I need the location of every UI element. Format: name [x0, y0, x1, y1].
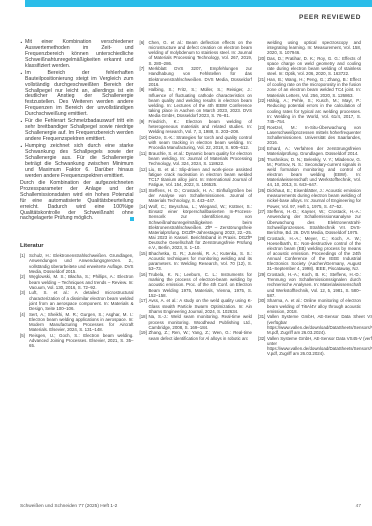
reference-item: [4] Sert, A.; Sheikhi, M. R.; Gurgen, S.… [20, 312, 134, 333]
reference-item: [6] Chen, G. et al.: Beam deflection eff… [140, 40, 253, 66]
conclusion-bullet: Mit einer Kombination verschiedener Ausw… [20, 40, 134, 69]
reference-item: [31] Vallen Systeme GmbH, AE-Sensor Data… [258, 314, 361, 335]
reference-text: Avss, A. et al.: A study on the weld qua… [149, 298, 253, 313]
reference-number: [23] [258, 125, 267, 146]
reference-number: [10] [140, 135, 149, 150]
reference-text: Liu, B. et al.: Slip-driven and work-pie… [149, 167, 253, 188]
header-accent-bar [25, 0, 372, 7]
column-conclusions: Mit einer Kombination verschiedener Ausw… [20, 40, 134, 357]
reference-item: [22] Hälsig, A.; Pehle, S.; Kusch, M.; M… [258, 98, 361, 124]
column-references-right: welding using optical spectroscopy and i… [258, 40, 361, 357]
reference-text: Węglowski, M. S.; Błacha, S.; Phillips, … [29, 274, 134, 289]
reference-text: Erhard, A.: Verfahren der zerstörungsfre… [267, 146, 361, 156]
reference-item: [1] Schulz, H.: Elektronenstrahlschweiße… [20, 253, 134, 274]
reference-number: [9] [140, 119, 149, 134]
reference-number: [22] [258, 98, 267, 124]
reference-text: Steffens, H.-D.; Kayser, W.; Crostack, H… [267, 209, 361, 235]
reference-text: Sharma, A. et al.: Online monitoring of … [267, 298, 361, 313]
reference-text: Dickhaut, E.; Eisenblätter, J.: Acoustic… [267, 188, 361, 209]
reference-item: [8] Halbing, S.; Fritz, S.; Müller, S.; … [140, 87, 253, 118]
reference-text: Zhang, Z.; Ren, W.; Yang, Z.; Wen, G.: R… [149, 330, 253, 340]
reference-text: Crostack, H.-A.; Meyer, C.; Koch, A. W.;… [267, 236, 361, 272]
reference-text: Reisgen, U.; Goch, S.: Electron beam wel… [29, 333, 134, 348]
reference-text: Chen, G. et al.: Beam deflection effects… [149, 40, 253, 66]
reference-number: [13] [140, 188, 149, 203]
reference-item: [32] Vallen Systeme GmbH, AE-Sensor Data… [258, 336, 361, 357]
reference-number: [28] [258, 236, 267, 272]
reference-text: Steffens, H. D.; Crostack, H. A.: Einflu… [149, 188, 253, 203]
reference-text: Dietze, S.-K.: Strategies for torch and … [149, 135, 253, 150]
references-column-2: [6] Chen, G. et al.: Beam deflection eff… [140, 40, 253, 341]
reference-text: Hälsig, A.; Pehle, S.; Kusch, M.; Mayr, … [267, 98, 361, 124]
conclusions-list: Mit einer Kombination verschiedener Ausw… [20, 40, 134, 180]
journal-citation: Schweißen und Schneiden 77 (2025) Heft 1… [20, 504, 117, 509]
reference-item: [24] Erhard, A.: Verfahren der zerstörun… [258, 146, 361, 156]
reference-number: [21] [258, 77, 267, 98]
reference-item: [9] Friedrich, K.: Electron beam welding… [140, 119, 253, 134]
reference-item: [20] Das, D.; Pratihar, D. K.; Roy, G. G… [258, 56, 361, 77]
reference-text: Roetzel, M.: In-Situ-Überwachung von Las… [267, 125, 361, 146]
reference-text: Trushnikov, D. N.; Belenkiy, V. Y.; Mlad… [267, 157, 361, 188]
reference-carryover-text: welding using optical spectroscopy and i… [267, 40, 361, 55]
conclusion-bullet: Humping zeichnet sich durch eine starke … [20, 144, 134, 179]
reference-number: [1] [20, 253, 29, 274]
reference-item: [3] Luft, S. et al.: A detailed microstr… [20, 290, 134, 311]
reference-number: [30] [258, 298, 267, 313]
literature-heading: Literatur [20, 243, 134, 249]
journal-page: { "page": { "accent_color": "#2bbde9", "… [0, 0, 372, 526]
reference-number: [32] [258, 336, 267, 357]
reference-item: [27] Steffens, H.-D.; Kayser, W.; Crosta… [258, 209, 361, 235]
references-column-1: [1] Schulz, H.: Elektronenstrahlschweiße… [20, 253, 134, 348]
conclusion-bullet: Für die Fehlerart Schmelzbadauswurf trit… [20, 119, 134, 143]
conclusion-bullet: Im Bereich der fehlerhaften Bauteilposit… [20, 71, 134, 118]
article-end-marker-icon [130, 217, 134, 221]
reference-item: [17] Avss, A. et al.: A study on the wel… [140, 298, 253, 313]
reference-item: [7] Merkblatt DVS 3207, Empfehlungen zur… [140, 66, 253, 87]
reference-text: Halbing, S.; Fritz, S.; Müller, S.; Reis… [149, 87, 253, 118]
reference-item: [2] Węglowski, M. S.; Błacha, S.; Philli… [20, 274, 134, 289]
reference-number: [20] [258, 56, 267, 77]
reference-item: [13] Steffens, H. D.; Crostack, H. A.: E… [140, 188, 253, 203]
reference-text: Vallen Systeme GmbH, AE-Sensor Data Shee… [267, 314, 372, 335]
reference-item: [25] Trushnikov, D. N.; Belenkiy, V. Y.;… [258, 157, 361, 188]
reference-text: Das, D.; Pratihar, D. K.; Roy, G. G.: Ef… [267, 56, 361, 77]
reference-number: [24] [258, 146, 267, 156]
reference-number: [15] [140, 251, 149, 272]
reference-item: [26] Dickhaut, E.; Eisenblätter, J.: Aco… [258, 188, 361, 209]
reference-number: [2] [20, 274, 29, 289]
reference-number: [29] [258, 272, 267, 298]
reference-text: Luft, S. et al.: A detailed microstructu… [29, 290, 134, 311]
page-number: 47 [356, 504, 361, 509]
reference-text: Wolf, C.; Beyschau, L.; Wiegand, W.; Küt… [149, 204, 253, 250]
reference-number: [8] [140, 87, 149, 118]
reference-number: [6] [140, 40, 149, 66]
reference-item: [29] Crostack, H.-A.; Koch, B. K.; Steff… [258, 272, 361, 298]
column-references-middle: [6] Chen, G. et al.: Beam deflection eff… [140, 40, 253, 357]
reference-number: [17] [140, 298, 149, 313]
reference-number: [27] [258, 209, 267, 235]
reference-number: [25] [258, 157, 267, 188]
reference-item: [21] Han, B.; Wang, H.; Peng, G.; Zhang,… [258, 77, 361, 98]
reference-item: [10] Dietze, S.-K.: Strategies for torch… [140, 135, 253, 150]
reference-number: [14] [140, 204, 149, 250]
reference-number: [31] [258, 314, 267, 335]
reference-number: [5] [20, 333, 29, 348]
reference-text: Sert, A.; Sheikhi, M. R.; Gurgen, S.; As… [29, 312, 134, 333]
reference-number: [16] [140, 272, 149, 298]
reference-item: [30] Sharma, A. et al.: Online monitorin… [258, 298, 361, 313]
reference-text: Schulz, H.: Elektronenstrahlschweißen. G… [29, 253, 134, 274]
closing-paragraph: Durch die Kombination der aufgezeichnete… [20, 181, 134, 222]
reference-item: [16] Trubela, K. N.; Leeburn, C. L.: Ins… [140, 272, 253, 298]
reference-item: [14] Wolf, C.; Beyschau, L.; Wiegand, W.… [140, 204, 253, 250]
reference-number: [18] [140, 314, 149, 329]
reference-text: Bhachetka, G. R.; Jurenki, R. A.; Kutenk… [149, 251, 253, 272]
reference-text: Han, B.; Wang, H.; Peng, G.; Zhang, B.: … [267, 77, 361, 98]
reference-item: [18] Na, S.-J.: Weld seam monitoring. Re… [140, 314, 253, 329]
peer-reviewed-label: PEER REVIEWED [299, 14, 361, 21]
reference-text: Friedrich, K.: Electron beam welding of … [149, 119, 253, 134]
reference-number: [3] [20, 290, 29, 311]
reference-item: [19] Zhang, Z.; Ren, W.; Yang, Z.; Wen, … [140, 330, 253, 340]
reference-item: [15] Bhachetka, G. R.; Jurenki, R. A.; K… [140, 251, 253, 272]
reference-item: [11] Brauchle, S. et al.: Dynamic beam q… [140, 151, 253, 166]
closing-text: Durch die Kombination der aufgezeichnete… [20, 180, 134, 221]
reference-text: Trubela, K. N.; Leeburn, C. L.: Instrume… [149, 272, 253, 298]
reference-text: Na, S.-J.: Weld seam monitoring. Real-ti… [149, 314, 253, 329]
reference-text: Brauchle, S. et al.: Dynamic beam qualit… [149, 151, 253, 166]
content-columns: Mit einer Kombination verschiedener Ausw… [20, 40, 361, 357]
reference-text: Vallen Systeme GmbH, AE-Sensor Data VS45… [267, 336, 372, 357]
reference-item: [5] Reisgen, U.; Goch, S.: Electron beam… [20, 333, 134, 348]
page-footer: Schweißen und Schneiden 77 (2025) Heft 1… [20, 504, 361, 509]
reference-number: [19] [140, 330, 149, 340]
reference-number: [26] [258, 188, 267, 209]
reference-number: [7] [140, 66, 149, 87]
reference-item: [12] Liu, B. et al.: Slip-driven and wor… [140, 167, 253, 188]
reference-text: Crostack, H.-A.; Koch, B. K.; Steffens, … [267, 272, 361, 298]
reference-number: [11] [140, 151, 149, 166]
reference-item: [28] Crostack, H.-A.; Meyer, C.; Koch, A… [258, 236, 361, 272]
reference-item: [23] Roetzel, M.: In-Situ-Überwachung vo… [258, 125, 361, 146]
references-column-3: [20] Das, D.; Pratihar, D. K.; Roy, G. G… [258, 56, 361, 356]
reference-number: [4] [20, 312, 29, 333]
reference-number: [12] [140, 167, 149, 188]
reference-text: Merkblatt DVS 3207, Empfehlungen zur Han… [149, 66, 253, 87]
